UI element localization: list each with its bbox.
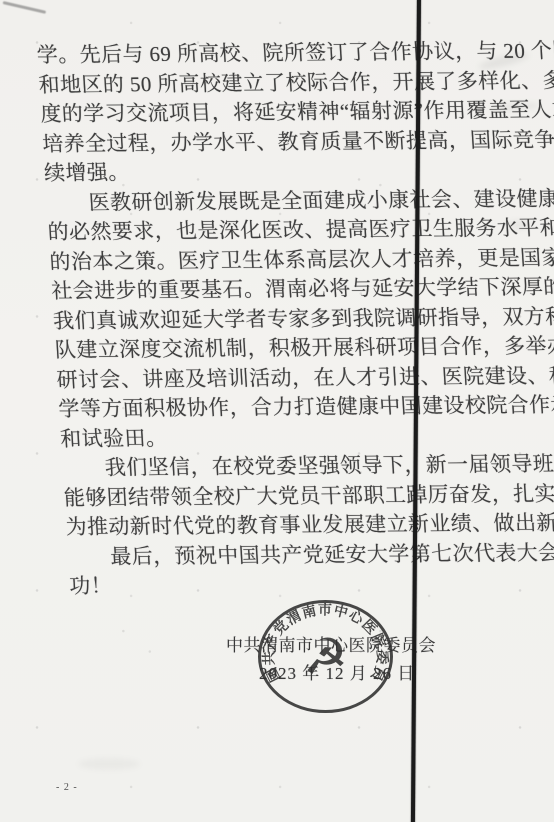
letter-line: 学。先后与 69 所高校、院所签订了合作协议，与 20 个国家 — [36, 37, 514, 71]
letter-line: 最后，预祝中国共产党延安大学第七次代表大会圆满成 — [67, 538, 545, 572]
letter-line: 研讨会、讲座及培训活动，在人才引进、医院建设、科研教 — [56, 361, 534, 395]
letter-line: 我们真诚欢迎延大学者专家多到我院调研指导，双方科研团 — [52, 302, 530, 336]
scanned-letter-page: 学。先后与 69 所高校、院所签订了合作协议，与 20 个国家和地区的 50 所… — [0, 0, 554, 822]
letter-line: 度的学习交流项目，将延安精神“辐射源”作用覆盖至人才 — [40, 96, 518, 130]
letter-line: 和地区的 50 所高校建立了校际合作，开展了多样化、多角 — [38, 66, 516, 100]
letter-line: 社会进步的重要基石。渭南必将与延安大学结下深厚的情谊， — [50, 273, 528, 307]
official-seal: ☭ 中国共产党渭南市中心医院委员会 — [254, 596, 397, 717]
letter-line: 医教研创新发展既是全面建成小康社会、建设健康中国 — [45, 184, 523, 218]
letter-line: 培养全过程，办学水平、教育质量不断提高，国际竞争力持 — [41, 125, 519, 159]
letter-line: 为推动新时代党的教育事业发展建立新业绩、做出新贡献！ — [65, 509, 543, 543]
letter-line: 能够团结带领全校广大党员干部职工踔厉奋发，扎实工作， — [63, 479, 541, 513]
letter-body: 学。先后与 69 所高校、院所签订了合作协议，与 20 个国家和地区的 50 所… — [36, 37, 546, 602]
letter-line: 的必然要求，也是深化医改、提高医疗卫生服务水平和质量 — [47, 214, 525, 248]
letter-line: 的治本之策。医疗卫生体系高层次人才培养，更是国家发展、 — [49, 243, 527, 277]
page-number: - 2 - — [56, 782, 78, 793]
letter-line: 队建立深度交流机制，积极开展科研项目合作，多举办各类 — [54, 332, 532, 366]
letter-line: 我们坚信，在校党委坚强领导下，新一届领导班子一定 — [61, 450, 539, 484]
letter-line: 和试验田。 — [59, 420, 537, 454]
corner-scan-mark — [3, 1, 46, 13]
letter-line: 学等方面积极协作，合力打造健康中国建设校院合作示范区 — [58, 391, 536, 425]
letter-line: 续增强。 — [43, 155, 521, 189]
hammer-sickle-icon: ☭ — [303, 628, 348, 686]
scan-smudge — [78, 758, 140, 770]
